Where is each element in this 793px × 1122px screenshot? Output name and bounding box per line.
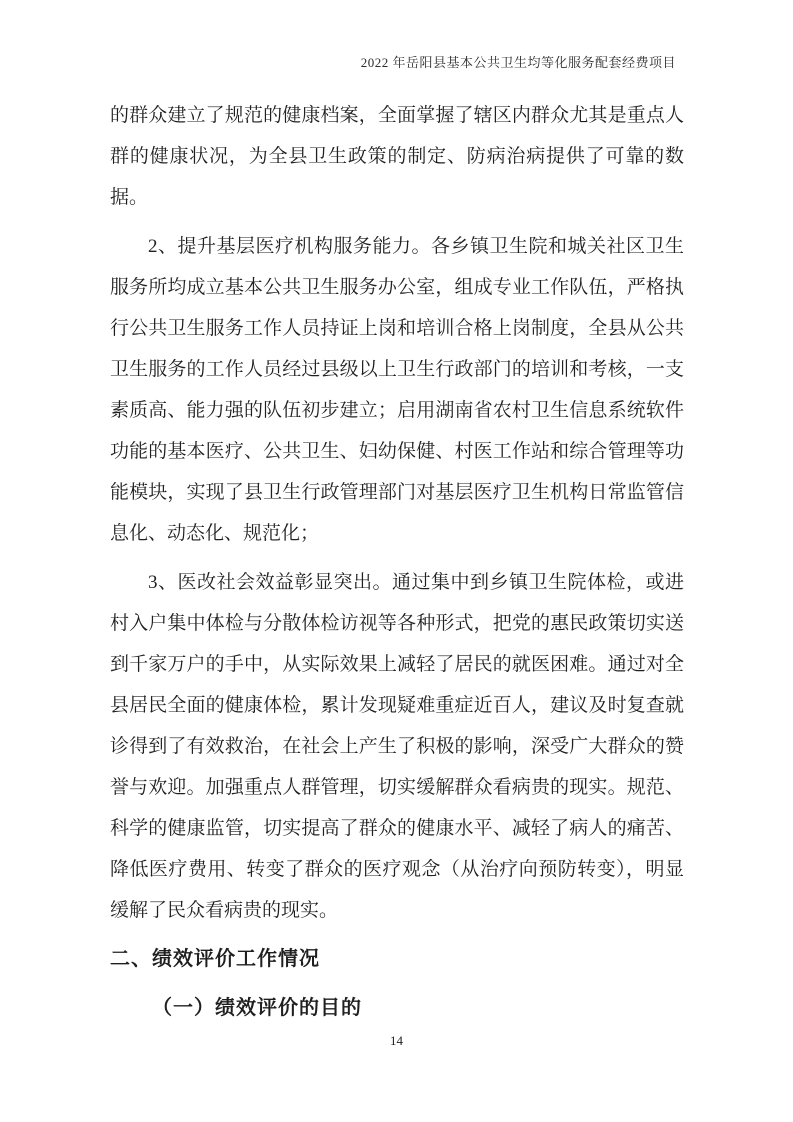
text-line: 服务所均成立基本公共卫生服务办公室，组成专业工作队伍，严格执 [110, 267, 684, 308]
subsection-heading: （一）绩效评价的目的 [110, 988, 684, 1029]
text-line: 卫生服务的工作人员经过县级以上卫生行政部门的培训和考核，一支 [110, 349, 684, 390]
text-line: 村入户集中体检与分散体检访视等各种形式，把党的惠民政策切实送 [110, 603, 684, 644]
section-heading: 二、绩效评价工作情况 [110, 939, 684, 980]
paragraph: 的群众建立了规范的健康档案，全面掌握了辖区内群众尤其是重点人群的健康状况，为全县… [110, 95, 684, 218]
text-line: 能模块，实现了县卫生行政管理部门对基层医疗卫生机构日常监管信 [110, 472, 684, 513]
document-body: 的群众建立了规范的健康档案，全面掌握了辖区内群众尤其是重点人群的健康状况，为全县… [110, 95, 684, 1029]
text-line: 降低医疗费用、转变了群众的医疗观念（从治疗向预防转变），明显 [110, 849, 684, 890]
text-line: 群的健康状况，为全县卫生政策的制定、防病治病提供了可靠的数据。 [110, 136, 684, 218]
text-line: 诊得到了有效救治，在社会上产生了积极的影响，深受广大群众的赞 [110, 726, 684, 767]
page-number: 14 [0, 1032, 793, 1050]
running-header: 2022 年岳阳县基本公共卫生均等化服务配套经费项目 [110, 54, 676, 72]
text-line: 到千家万户的手中，从实际效果上减轻了居民的就医困难。通过对全 [110, 644, 684, 685]
paragraph: 2、提升基层医疗机构服务能力。各乡镇卫生院和城关社区卫生服务所均成立基本公共卫生… [110, 226, 684, 554]
text-line: 行公共卫生服务工作人员持证上岗和培训合格上岗制度，全县从公共 [110, 308, 684, 349]
text-line: 3、医改社会效益彰显突出。通过集中到乡镇卫生院体检，或进 [110, 562, 684, 603]
paragraph: 3、医改社会效益彰显突出。通过集中到乡镇卫生院体检，或进村入户集中体检与分散体检… [110, 562, 684, 931]
text-line: 息化、动态化、规范化； [110, 513, 684, 554]
text-line: 功能的基本医疗、公共卫生、妇幼保健、村医工作站和综合管理等功 [110, 431, 684, 472]
text-line: 县居民全面的健康体检，累计发现疑难重症近百人，建议及时复查就 [110, 685, 684, 726]
text-line: 素质高、能力强的队伍初步建立；启用湖南省农村卫生信息系统软件 [110, 390, 684, 431]
text-line: 缓解了民众看病贵的现实。 [110, 890, 684, 931]
text-line: 誉与欢迎。加强重点人群管理，切实缓解群众看病贵的现实。规范、 [110, 767, 684, 808]
text-line: 的群众建立了规范的健康档案，全面掌握了辖区内群众尤其是重点人 [110, 95, 684, 136]
text-line: 科学的健康监管，切实提高了群众的健康水平、减轻了病人的痛苦、 [110, 808, 684, 849]
document-page: 2022 年岳阳县基本公共卫生均等化服务配套经费项目 的群众建立了规范的健康档案… [0, 0, 793, 1122]
text-line: 2、提升基层医疗机构服务能力。各乡镇卫生院和城关社区卫生 [110, 226, 684, 267]
